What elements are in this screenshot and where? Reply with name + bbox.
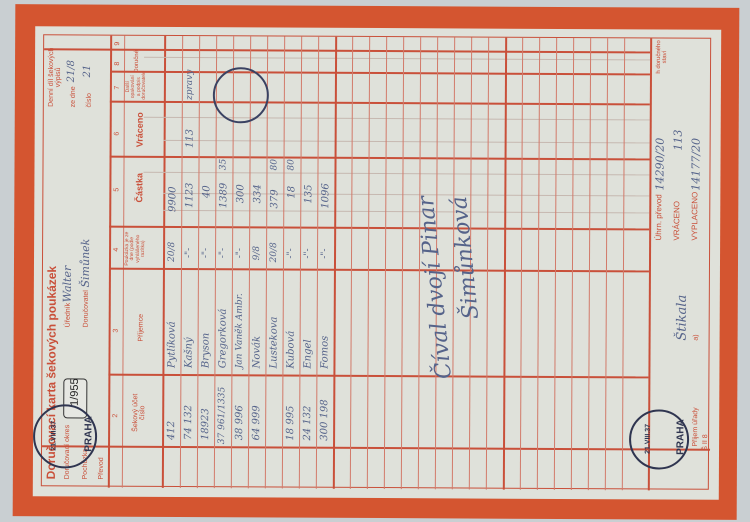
row-line	[350, 37, 353, 489]
postmark-stamp-top	[213, 67, 269, 123]
col-label-date: Poukázka je ze dne (podle vyhlášeného ra…	[125, 232, 146, 266]
amount-grid-a	[163, 210, 649, 214]
stamp-date-left: 21.VIII.37	[50, 421, 57, 451]
row-2-returned: 113	[185, 129, 196, 148]
row-8-amount: 18	[286, 186, 297, 199]
row-4-recipient: Gregorková	[217, 309, 228, 369]
total-transfer-value: 14290/20	[653, 138, 666, 191]
row-6-date: 9/8	[252, 246, 262, 261]
row-line	[622, 38, 625, 490]
row-1-recipient: Pytlíková	[166, 321, 177, 368]
row-2-amount: 1123	[184, 183, 195, 209]
col-no-6: 6	[114, 132, 121, 136]
row-3-account: 18923	[200, 408, 211, 440]
col-label-account: Šekový účet číslo	[132, 388, 147, 438]
row-7-recipient: Lustekova	[268, 317, 279, 369]
postmark-stamp-left: PRAHA 21.VIII.37	[33, 404, 97, 468]
row-1-date: 20/8	[167, 242, 177, 262]
row-7-amount: 379	[269, 189, 280, 208]
row-8-recipient: Kubová	[285, 331, 296, 369]
from-day-value: 21/8	[66, 60, 77, 83]
row-4-account: 37 961/1335	[217, 387, 227, 444]
label-paid: VYPLACENO	[691, 192, 700, 241]
row-10-date: -"-	[320, 248, 330, 258]
row-10-recipient: Fomos	[319, 336, 330, 369]
returned-kc-h-sep	[144, 117, 650, 121]
row-line	[384, 37, 387, 489]
col-label-recipient: Příjemce	[138, 303, 146, 353]
label-number: číslo	[86, 93, 93, 107]
col-label-amount: Částka	[135, 168, 145, 208]
row-1-account: 412	[166, 421, 177, 440]
label-deliverer: Doručovatel	[83, 290, 91, 327]
row-line	[605, 38, 608, 490]
row-8-account: 18 995	[285, 406, 296, 441]
label-delivery-fee: h doručného staví	[656, 38, 669, 75]
col-no-9: 9	[114, 42, 121, 46]
label-received: Přijem úřady	[692, 407, 700, 446]
row-5-date: -"-	[235, 248, 245, 258]
row-5-account: 38 996	[234, 405, 245, 440]
label-transfer: Převod	[98, 457, 105, 479]
col-no-4: 4	[113, 248, 120, 252]
col-sep-3	[109, 268, 649, 273]
form-paper: Doručovací karta šekových poukázek Doruč…	[33, 26, 721, 500]
row-9-account: 24 132	[302, 406, 313, 441]
col-label-returned: Vráceno	[136, 110, 146, 150]
row-9-date: -"-	[303, 248, 313, 258]
label-from-day: ze dne	[70, 86, 77, 107]
form-frame: Doručovací karta šekových poukázek Doruč…	[41, 34, 711, 489]
total-returned-value: 113	[672, 130, 685, 151]
total-paid-value: 14177/20	[689, 138, 702, 191]
col-sep-4	[109, 226, 649, 231]
row-3-amount: 40	[201, 185, 212, 198]
fee-kc-h-sep	[144, 57, 650, 61]
col-sep-1	[42, 445, 710, 450]
stamp-date-right: 21.VIII.37	[644, 424, 651, 454]
returned-grid-a	[164, 140, 650, 144]
label-daily-part: Denní díl šekových výpisů	[48, 47, 63, 107]
row-line	[554, 38, 557, 490]
row-line	[486, 38, 489, 490]
row-line	[520, 38, 523, 490]
row-9-amount: 135	[303, 185, 314, 204]
row-1-amount: 9900	[167, 186, 178, 212]
row-2-date: -"-	[184, 248, 194, 258]
row-line-major	[333, 37, 337, 489]
col-no-8: 8	[114, 62, 121, 66]
row-3-date: -"-	[201, 248, 211, 258]
deliverer-signature: Šimůnek	[79, 239, 92, 288]
row-5-amount: 300	[235, 184, 246, 203]
col-sep-6	[110, 101, 650, 106]
officer-signature: Walter	[61, 266, 74, 303]
row-line-major	[503, 38, 507, 490]
row-line	[588, 38, 591, 490]
row-3-recipient: Bryson	[200, 333, 211, 368]
number-value: 21	[82, 65, 93, 78]
row-6-account: 64 999	[251, 405, 262, 440]
col-no-2: 2	[112, 414, 119, 418]
row-10-amount: 1096	[320, 183, 331, 209]
label-total-transfer: Úhrn. převod	[655, 194, 664, 240]
row-line	[537, 38, 540, 490]
row-7-amount-h: 80	[269, 159, 279, 171]
row-6-amount: 334	[252, 184, 263, 203]
row-2-returned-note: zpravy	[185, 70, 195, 100]
number-box-text: 1/955	[70, 384, 81, 406]
col-label-repeat: Další opakování a podpis doručovatele	[126, 74, 147, 100]
col-no-7: 7	[114, 86, 121, 90]
footer-signature: Štikala	[675, 295, 690, 341]
form-card: Doručovací karta šekových poukázek Doruč…	[13, 4, 740, 520]
row-8-date: -"-	[286, 248, 296, 258]
col-sep-5	[110, 156, 650, 161]
row-4-amount: 1389	[218, 183, 229, 209]
label-returned: VRÁCENO	[673, 201, 682, 241]
stamp-city-right: PRAHA	[675, 419, 686, 455]
row-2-recipient: Kašný	[183, 337, 194, 368]
row-6-recipient: Novák	[251, 336, 262, 369]
col-no-3: 3	[113, 329, 120, 333]
label-a: a)	[693, 334, 700, 340]
row-line	[401, 37, 404, 489]
row-2-account: 74 132	[183, 405, 194, 440]
form-code: Š II 8	[702, 434, 709, 450]
form-rotated-content: Doručovací karta šekových poukázek Doruč…	[42, 35, 712, 490]
label-officer: Úředník	[65, 303, 72, 328]
row-10-account: 300 198	[319, 399, 330, 440]
header-divider	[108, 36, 112, 488]
row-8-amount-h: 80	[286, 159, 296, 171]
row-line	[571, 38, 574, 490]
col-no-5: 5	[113, 188, 120, 192]
col-sep-2	[108, 374, 648, 379]
row-line	[367, 37, 370, 489]
row-4-date: -"-	[218, 248, 228, 258]
row-9-recipient: Engel	[302, 339, 313, 368]
row-7-date: 20/8	[269, 242, 279, 262]
amount-kc-h-sep	[143, 172, 649, 176]
row-4-amount-h: 35	[218, 159, 228, 171]
number-box-bottom: 955	[69, 378, 81, 396]
row-5-recipient: Jan Vaněk Ambr.	[234, 293, 244, 368]
postmark-stamp-right: PRAHA 21.VIII.37	[629, 409, 689, 469]
stamp-city-left: PRAHA	[83, 416, 94, 452]
